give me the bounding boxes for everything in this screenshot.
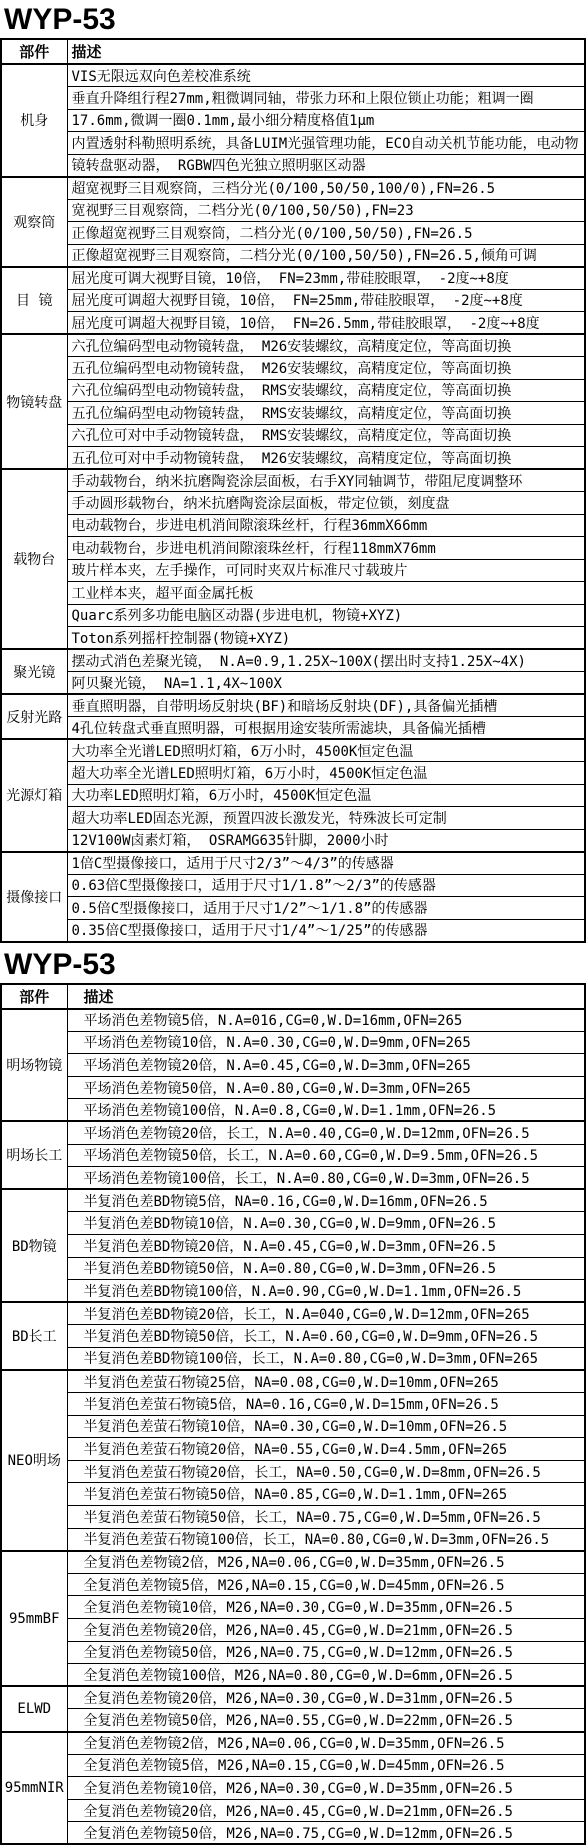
- description-cell: 全复消色差物镜20倍，M26,NA=0.45,CG=0,W.D=21mm,OFN…: [67, 1799, 585, 1822]
- table-row: 全复消色差物镜50倍，M26,NA=0.55,CG=0,W.D=22mm,OFN…: [1, 1709, 585, 1732]
- spec-table-objectives: 部件 描述 明场物镜平场消色差物镜5倍，N.A=016,CG=0,W.D=16m…: [0, 983, 586, 1845]
- table-row: 平场消色差物镜50倍，长工，N.A=0.60,CG=0,W.D=9.5mm,OF…: [1, 1144, 585, 1167]
- table-row: 12V100W卤素灯箱， OSRAMG635针脚，2000小时: [1, 829, 585, 852]
- column-header-part: 部件: [1, 39, 67, 64]
- table-row: 载物台手动载物台，纳米抗磨陶瓷涂层面板，右手XY同轴调节，带阻尼度调整环: [1, 469, 585, 492]
- description-cell: 半复消色差萤石物镜25倍，NA=0.08,CG=0,W.D=10mm,OFN=2…: [67, 1370, 585, 1393]
- description-cell: 全复消色差物镜10倍，M26,NA=0.30,CG=0,W.D=35mm,OFN…: [67, 1596, 585, 1619]
- description-cell: 半复消色差BD物镜100倍，N.A=0.90,CG=0,W.D=1.1mm,OF…: [67, 1280, 585, 1303]
- table-row: 六孔位可对中手动物镜转盘， RMS安装螺纹，高精度定位，等高面切换: [1, 424, 585, 447]
- table-row: 半复消色差BD物镜10倍，N.A=0.30,CG=0,W.D=9mm,OFN=2…: [1, 1212, 585, 1235]
- description-cell: 平场消色差物镜50倍，N.A=0.80,CG=0,W.D=3mm,OFN=265: [67, 1076, 585, 1099]
- table-row: 95mmNIR全复消色差物镜2倍，M26,NA=0.06,CG=0,W.D=35…: [1, 1732, 585, 1755]
- table-row: 屈光度可调超大视野目镜，10倍， FN=25mm,带硅胶眼罩， -2度~+8度: [1, 289, 585, 312]
- description-cell: 平场消色差物镜20倍，N.A=0.45,CG=0,W.D=3mm,OFN=265: [67, 1054, 585, 1077]
- table-row: 平场消色差物镜100倍，N.A=0.8,CG=0,W.D=1.1mm,OFN=2…: [1, 1099, 585, 1122]
- description-cell: 1倍C型摄像接口，适用于尺寸2/3”～4/3”的传感器: [67, 852, 585, 875]
- part-cell: BD物镜: [1, 1189, 67, 1302]
- part-cell: 目 镜: [1, 267, 67, 335]
- description-cell: 半复消色差萤石物镜5倍，NA=0.16,CG=0,W.D=15mm,OFN=26…: [67, 1393, 585, 1416]
- table-row: 17.6mm,微调一圈0.1mm,最小细分精度格值1μm: [1, 109, 585, 132]
- table-row: 垂直升降组行程27mm,粗微调同轴，带张力环和上限位锁止功能；粗调一圈: [1, 87, 585, 110]
- table-row: 电动载物台，步进电机消间隙滚珠丝杆，行程36mmX66mm: [1, 514, 585, 537]
- description-cell: 屈光度可调大视野目镜，10倍， FN=23mm,带硅胶眼罩， -2度~+8度: [67, 267, 585, 290]
- table-row: 玻片样本夹，左手操作，可同时夹双片标准尺寸载玻片: [1, 559, 585, 582]
- table-row: 阿贝聚光镜， NA=1.1,4X~100X: [1, 672, 585, 695]
- table-row: 明场物镜平场消色差物镜5倍，N.A=016,CG=0,W.D=16mm,OFN=…: [1, 1009, 585, 1032]
- table-row: 0.5倍C型摄像接口，适用于尺寸1/2”～1/1.8”的传感器: [1, 897, 585, 920]
- table-row: 全复消色差物镜50倍，M26,NA=0.75,CG=0,W.D=12mm,OFN…: [1, 1822, 585, 1845]
- table-row: 手动圆形载物台，纳米抗磨陶瓷涂层面板，带定位锁，刻度盘: [1, 492, 585, 515]
- part-cell: 光源灯箱: [1, 739, 67, 852]
- table-row: 聚光镜摆动式消色差聚光镜， N.A=0.9,1.25X~100X(摆出时支持1.…: [1, 649, 585, 672]
- table-row: 光源灯箱大功率全光谱LED照明灯箱，6万小时，4500K恒定色温: [1, 739, 585, 762]
- table-row: 全复消色差物镜50倍，M26,NA=0.75,CG=0,W.D=12mm,OFN…: [1, 1641, 585, 1664]
- description-cell: Toton系列摇杆控制器(物镜+XYZ): [67, 627, 585, 650]
- description-cell: 全复消色差物镜50倍，M26,NA=0.75,CG=0,W.D=12mm,OFN…: [67, 1641, 585, 1664]
- table-row: BD长工半复消色差BD物镜20倍，长工，N.A=040,CG=0,W.D=12m…: [1, 1302, 585, 1325]
- table-row: Toton系列摇杆控制器(物镜+XYZ): [1, 627, 585, 650]
- description-cell: 大功率LED照明灯箱，6万小时，4500K恒定色温: [67, 784, 585, 807]
- description-cell: 屈光度可调超大视野目镜，10倍， FN=26.5mm,带硅胶眼罩， -2度~+8…: [67, 312, 585, 335]
- description-cell: 阿贝聚光镜， NA=1.1,4X~100X: [67, 672, 585, 695]
- description-cell: 全复消色差物镜20倍，M26,NA=0.45,CG=0,W.D=21mm,OFN…: [67, 1619, 585, 1642]
- part-cell: 明场物镜: [1, 1009, 67, 1122]
- description-cell: 半复消色差BD物镜10倍，N.A=0.30,CG=0,W.D=9mm,OFN=2…: [67, 1212, 585, 1235]
- description-cell: 半复消色差BD物镜5倍，NA=0.16,CG=0,W.D=16mm,OFN=26…: [67, 1189, 585, 1212]
- description-cell: 正像超宽视野三目观察筒，二档分光(0/100,50/50),FN=26.5: [67, 222, 585, 245]
- table-row: 大功率LED照明灯箱，6万小时，4500K恒定色温: [1, 784, 585, 807]
- table-row: 95mmBF全复消色差物镜2倍，M26,NA=0.06,CG=0,W.D=35m…: [1, 1551, 585, 1574]
- description-cell: 半复消色差萤石物镜20倍，长工，NA=0.50,CG=0,W.D=8mm,OFN…: [67, 1460, 585, 1483]
- table-row: 全复消色差物镜100倍，M26,NA=0.80,CG=0,W.D=6mm,OFN…: [1, 1664, 585, 1687]
- part-cell: ELWD: [1, 1686, 67, 1731]
- description-cell: 半复消色差萤石物镜10倍，NA=0.30,CG=0,W.D=10mm,OFN=2…: [67, 1415, 585, 1438]
- description-cell: 0.63倍C型摄像接口，适用于尺寸1/1.8”～2/3”的传感器: [67, 874, 585, 897]
- table-row: 平场消色差物镜100倍，长工，N.A=0.80,CG=0,W.D=3mm,OFN…: [1, 1167, 585, 1190]
- table-row: 全复消色差物镜10倍，M26,NA=0.30,CG=0,W.D=35mm,OFN…: [1, 1596, 585, 1619]
- description-cell: 六孔位编码型电动物镜转盘， M26安装螺纹，高精度定位，等高面切换: [67, 334, 585, 357]
- table-row: 全复消色差物镜20倍，M26,NA=0.45,CG=0,W.D=21mm,OFN…: [1, 1619, 585, 1642]
- description-cell: 半复消色差萤石物镜20倍，NA=0.55,CG=0,W.D=4.5mm,OFN=…: [67, 1438, 585, 1461]
- description-cell: 平场消色差物镜50倍，长工，N.A=0.60,CG=0,W.D=9.5mm,OF…: [67, 1144, 585, 1167]
- description-cell: 电动载物台，步进电机消间隙滚珠丝杆，行程36mmX66mm: [67, 514, 585, 537]
- table-row: 半复消色差萤石物镜20倍，NA=0.55,CG=0,W.D=4.5mm,OFN=…: [1, 1438, 585, 1461]
- description-cell: 全复消色差物镜50倍，M26,NA=0.75,CG=0,W.D=12mm,OFN…: [67, 1822, 585, 1845]
- description-cell: 全复消色差物镜2倍，M26,NA=0.06,CG=0,W.D=35mm,OFN=…: [67, 1732, 585, 1755]
- part-cell: 95mmNIR: [1, 1732, 67, 1845]
- description-cell: 半复消色差BD物镜20倍，N.A=0.45,CG=0,W.D=3mm,OFN=2…: [67, 1234, 585, 1257]
- description-cell: 五孔位可对中手动物镜转盘， M26安装螺纹，高精度定位，等高面切换: [67, 447, 585, 470]
- description-cell: 全复消色差物镜20倍，M26,NA=0.30,CG=0,W.D=31mm,OFN…: [67, 1686, 585, 1709]
- table-row: 半复消色差萤石物镜5倍，NA=0.16,CG=0,W.D=15mm,OFN=26…: [1, 1393, 585, 1416]
- description-cell: 大功率全光谱LED照明灯箱，6万小时，4500K恒定色温: [67, 739, 585, 762]
- description-cell: 超大功率LED固态光源，预置四波长激发光，特殊波长可定制: [67, 807, 585, 830]
- description-cell: 六孔位编码型电动物镜转盘， RMS安装螺纹，高精度定位，等高面切换: [67, 379, 585, 402]
- description-cell: 全复消色差物镜50倍，M26,NA=0.55,CG=0,W.D=22mm,OFN…: [67, 1709, 585, 1732]
- description-cell: 电动载物台，步进电机消间隙滚珠丝杆，行程118mmX76mm: [67, 537, 585, 560]
- description-cell: 半复消色差BD物镜20倍，长工，N.A=040,CG=0,W.D=12mm,OF…: [67, 1302, 585, 1325]
- table-row: 摄像接口1倍C型摄像接口，适用于尺寸2/3”～4/3”的传感器: [1, 852, 585, 875]
- description-cell: 半复消色差BD物镜50倍，长工，N.A=0.60,CG=0,W.D=9mm,OF…: [67, 1325, 585, 1348]
- description-cell: 平场消色差物镜100倍，N.A=0.8,CG=0,W.D=1.1mm,OFN=2…: [67, 1099, 585, 1122]
- description-cell: 半复消色差萤石物镜100倍，长工，NA=0.80,CG=0,W.D=3mm,OF…: [67, 1528, 585, 1551]
- description-cell: 垂直照明器，自带明场反射块(BF)和暗场反射块(DF),具备偏光插槽: [67, 694, 585, 717]
- table-row: 半复消色差BD物镜50倍，长工，N.A=0.60,CG=0,W.D=9mm,OF…: [1, 1325, 585, 1348]
- part-cell: 摄像接口: [1, 852, 67, 942]
- table-row: 平场消色差物镜50倍，N.A=0.80,CG=0,W.D=3mm,OFN=265: [1, 1076, 585, 1099]
- part-cell: 物镜转盘: [1, 334, 67, 469]
- table-row: 全复消色差物镜10倍，M26,NA=0.30,CG=0,W.D=35mm,OFN…: [1, 1777, 585, 1800]
- table-row: 正像超宽视野三目观察筒，二档分光(0/100,50/50),FN=26.5: [1, 222, 585, 245]
- description-cell: Quarc系列多功能电脑区动器(步进电机，物镜+XYZ): [67, 604, 585, 627]
- description-cell: 12V100W卤素灯箱， OSRAMG635针脚，2000小时: [67, 829, 585, 852]
- column-header-desc: 描述: [67, 39, 585, 64]
- description-cell: 0.35倍C型摄像接口，适用于尺寸1/4”～1/25”的传感器: [67, 919, 585, 942]
- description-cell: 全复消色差物镜2倍，M26,NA=0.06,CG=0,W.D=35mm,OFN=…: [67, 1551, 585, 1574]
- table-row: 镜转盘驱动器， RGBW四色光独立照明驱区动器: [1, 154, 585, 177]
- description-cell: 半复消色差萤石物镜50倍，长工，NA=0.75,CG=0,W.D=5mm,OFN…: [67, 1506, 585, 1529]
- table-row: 全复消色差物镜20倍，M26,NA=0.45,CG=0,W.D=21mm,OFN…: [1, 1799, 585, 1822]
- part-cell: 机身: [1, 64, 67, 177]
- page-title-table2: WYP-53: [0, 943, 586, 983]
- spec-table-components: 部件 描述 机身VIS无限远双向色差校准系统垂直升降组行程27mm,粗微调同轴，…: [0, 38, 586, 943]
- description-cell: 平场消色差物镜10倍，N.A=0.30,CG=0,W.D=9mm,OFN=265: [67, 1031, 585, 1054]
- table-row: 电动载物台，步进电机消间隙滚珠丝杆，行程118mmX76mm: [1, 537, 585, 560]
- table-row: 平场消色差物镜20倍，N.A=0.45,CG=0,W.D=3mm,OFN=265: [1, 1054, 585, 1077]
- description-cell: 半复消色差BD物镜100倍，长工，N.A=0.80,CG=0,W.D=3mm,O…: [67, 1347, 585, 1370]
- description-cell: 手动圆形载物台，纳米抗磨陶瓷涂层面板，带定位锁，刻度盘: [67, 492, 585, 515]
- spec-table-objectives-body: 明场物镜平场消色差物镜5倍，N.A=016,CG=0,W.D=16mm,OFN=…: [1, 1009, 585, 1845]
- header-row: 部件 描述: [1, 984, 585, 1009]
- table-row: 六孔位编码型电动物镜转盘， RMS安装螺纹，高精度定位，等高面切换: [1, 379, 585, 402]
- table-row: 五孔位可对中手动物镜转盘， M26安装螺纹，高精度定位，等高面切换: [1, 447, 585, 470]
- description-cell: 五孔位编码型电动物镜转盘， RMS安装螺纹，高精度定位，等高面切换: [67, 402, 585, 425]
- description-cell: 17.6mm,微调一圈0.1mm,最小细分精度格值1μm: [67, 109, 585, 132]
- description-cell: 全复消色差物镜10倍，M26,NA=0.30,CG=0,W.D=35mm,OFN…: [67, 1777, 585, 1800]
- table-row: 宽视野三目观察筒，二档分光(0/100,50/50),FN=23: [1, 199, 585, 222]
- part-cell: 95mmBF: [1, 1551, 67, 1687]
- description-cell: 平场消色差物镜20倍，长工，N.A=0.40,CG=0,W.D=12mm,OFN…: [67, 1121, 585, 1144]
- description-cell: 屈光度可调超大视野目镜，10倍， FN=25mm,带硅胶眼罩， -2度~+8度: [67, 289, 585, 312]
- table-row: 半复消色差BD物镜50倍，N.A=0.80,CG=0,W.D=3mm,OFN=2…: [1, 1257, 585, 1280]
- table-row: 正像超宽视野三目观察筒，二档分光(0/100,50/50),FN=26.5,倾角…: [1, 244, 585, 267]
- part-cell: NEO明场: [1, 1370, 67, 1551]
- table-row: 0.63倍C型摄像接口，适用于尺寸1/1.8”～2/3”的传感器: [1, 874, 585, 897]
- table-row: Quarc系列多功能电脑区动器(步进电机，物镜+XYZ): [1, 604, 585, 627]
- description-cell: 六孔位可对中手动物镜转盘， RMS安装螺纹，高精度定位，等高面切换: [67, 424, 585, 447]
- table-row: 超大功率LED固态光源，预置四波长激发光，特殊波长可定制: [1, 807, 585, 830]
- description-cell: 工业样本夹，超平面金属托板: [67, 582, 585, 605]
- table-row: 全复消色差物镜5倍，M26,NA=0.15,CG=0,W.D=45mm,OFN=…: [1, 1754, 585, 1777]
- table-row: 屈光度可调超大视野目镜，10倍， FN=26.5mm,带硅胶眼罩， -2度~+8…: [1, 312, 585, 335]
- table-row: 工业样本夹，超平面金属托板: [1, 582, 585, 605]
- column-header-part: 部件: [1, 984, 67, 1009]
- table-row: 内置透射科勒照明系统，具备LUIM光强管理功能，ECO自动关机节能功能，电动物: [1, 132, 585, 155]
- table-row: 明场长工平场消色差物镜20倍，长工，N.A=0.40,CG=0,W.D=12mm…: [1, 1121, 585, 1144]
- table-row: BD物镜半复消色差BD物镜5倍，NA=0.16,CG=0,W.D=16mm,OF…: [1, 1189, 585, 1212]
- table-row: 半复消色差BD物镜100倍，长工，N.A=0.80,CG=0,W.D=3mm,O…: [1, 1347, 585, 1370]
- table-row: 观察筒超宽视野三目观察筒，三档分光(0/100,50/50,100/0),FN=…: [1, 177, 585, 200]
- description-cell: VIS无限远双向色差校准系统: [67, 64, 585, 87]
- description-cell: 超宽视野三目观察筒，三档分光(0/100,50/50,100/0),FN=26.…: [67, 177, 585, 200]
- page-title-table1: WYP-53: [0, 0, 586, 38]
- table-row: 半复消色差萤石物镜100倍，长工，NA=0.80,CG=0,W.D=3mm,OF…: [1, 1528, 585, 1551]
- description-cell: 镜转盘驱动器， RGBW四色光独立照明驱区动器: [67, 154, 585, 177]
- description-cell: 垂直升降组行程27mm,粗微调同轴，带张力环和上限位锁止功能；粗调一圈: [67, 87, 585, 110]
- table-row: 五孔位编码型电动物镜转盘， M26安装螺纹，高精度定位，等高面切换: [1, 357, 585, 380]
- table-row: 半复消色差萤石物镜50倍，NA=0.85,CG=0,W.D=1.1mm,OFN=…: [1, 1483, 585, 1506]
- table-row: 半复消色差萤石物镜50倍，长工，NA=0.75,CG=0,W.D=5mm,OFN…: [1, 1506, 585, 1529]
- table-row: 半复消色差萤石物镜20倍，长工，NA=0.50,CG=0,W.D=8mm,OFN…: [1, 1460, 585, 1483]
- description-cell: 五孔位编码型电动物镜转盘， M26安装螺纹，高精度定位，等高面切换: [67, 357, 585, 380]
- table-row: 机身VIS无限远双向色差校准系统: [1, 64, 585, 87]
- description-cell: 手动载物台，纳米抗磨陶瓷涂层面板，右手XY同轴调节，带阻尼度调整环: [67, 469, 585, 492]
- column-header-desc: 描述: [67, 984, 585, 1009]
- table-row: 超大功率全光谱LED照明灯箱，6万小时，4500K恒定色温: [1, 762, 585, 785]
- description-cell: 全复消色差物镜5倍，M26,NA=0.15,CG=0,W.D=45mm,OFN=…: [67, 1573, 585, 1596]
- table-row: 半复消色差萤石物镜10倍，NA=0.30,CG=0,W.D=10mm,OFN=2…: [1, 1415, 585, 1438]
- description-cell: 正像超宽视野三目观察筒，二档分光(0/100,50/50),FN=26.5,倾角…: [67, 244, 585, 267]
- header-row: 部件 描述: [1, 39, 585, 64]
- part-cell: 聚光镜: [1, 649, 67, 694]
- table-row: 4孔位转盘式垂直照明器，可根据用途安装所需滤块，具备偏光插槽: [1, 717, 585, 740]
- table-row: 目 镜屈光度可调大视野目镜，10倍， FN=23mm,带硅胶眼罩， -2度~+8…: [1, 267, 585, 290]
- spec-table-components-body: 机身VIS无限远双向色差校准系统垂直升降组行程27mm,粗微调同轴，带张力环和上…: [1, 64, 585, 942]
- table-row: 0.35倍C型摄像接口，适用于尺寸1/4”～1/25”的传感器: [1, 919, 585, 942]
- table-row: 半复消色差BD物镜100倍，N.A=0.90,CG=0,W.D=1.1mm,OF…: [1, 1280, 585, 1303]
- description-cell: 半复消色差BD物镜50倍，N.A=0.80,CG=0,W.D=3mm,OFN=2…: [67, 1257, 585, 1280]
- description-cell: 0.5倍C型摄像接口，适用于尺寸1/2”～1/1.8”的传感器: [67, 897, 585, 920]
- description-cell: 4孔位转盘式垂直照明器，可根据用途安装所需滤块，具备偏光插槽: [67, 717, 585, 740]
- table-row: 物镜转盘六孔位编码型电动物镜转盘， M26安装螺纹，高精度定位，等高面切换: [1, 334, 585, 357]
- description-cell: 半复消色差萤石物镜50倍，NA=0.85,CG=0,W.D=1.1mm,OFN=…: [67, 1483, 585, 1506]
- description-cell: 平场消色差物镜5倍，N.A=016,CG=0,W.D=16mm,OFN=265: [67, 1009, 585, 1032]
- part-cell: BD长工: [1, 1302, 67, 1370]
- part-cell: 反射光路: [1, 694, 67, 739]
- table-row: 半复消色差BD物镜20倍，N.A=0.45,CG=0,W.D=3mm,OFN=2…: [1, 1234, 585, 1257]
- description-cell: 摆动式消色差聚光镜， N.A=0.9,1.25X~100X(摆出时支持1.25X…: [67, 649, 585, 672]
- description-cell: 全复消色差物镜100倍，M26,NA=0.80,CG=0,W.D=6mm,OFN…: [67, 1664, 585, 1687]
- part-cell: 载物台: [1, 469, 67, 649]
- table-row: 平场消色差物镜10倍，N.A=0.30,CG=0,W.D=9mm,OFN=265: [1, 1031, 585, 1054]
- table-row: NEO明场半复消色差萤石物镜25倍，NA=0.08,CG=0,W.D=10mm,…: [1, 1370, 585, 1393]
- part-cell: 明场长工: [1, 1121, 67, 1189]
- part-cell: 观察筒: [1, 177, 67, 267]
- description-cell: 内置透射科勒照明系统，具备LUIM光强管理功能，ECO自动关机节能功能，电动物: [67, 132, 585, 155]
- description-cell: 宽视野三目观察筒，二档分光(0/100,50/50),FN=23: [67, 199, 585, 222]
- description-cell: 全复消色差物镜5倍，M26,NA=0.15,CG=0,W.D=45mm,OFN=…: [67, 1754, 585, 1777]
- description-cell: 平场消色差物镜100倍，长工，N.A=0.80,CG=0,W.D=3mm,OFN…: [67, 1167, 585, 1190]
- table-row: 五孔位编码型电动物镜转盘， RMS安装螺纹，高精度定位，等高面切换: [1, 402, 585, 425]
- table-row: ELWD全复消色差物镜20倍，M26,NA=0.30,CG=0,W.D=31mm…: [1, 1686, 585, 1709]
- description-cell: 玻片样本夹，左手操作，可同时夹双片标准尺寸载玻片: [67, 559, 585, 582]
- table-row: 全复消色差物镜5倍，M26,NA=0.15,CG=0,W.D=45mm,OFN=…: [1, 1573, 585, 1596]
- table-row: 反射光路垂直照明器，自带明场反射块(BF)和暗场反射块(DF),具备偏光插槽: [1, 694, 585, 717]
- description-cell: 超大功率全光谱LED照明灯箱，6万小时，4500K恒定色温: [67, 762, 585, 785]
